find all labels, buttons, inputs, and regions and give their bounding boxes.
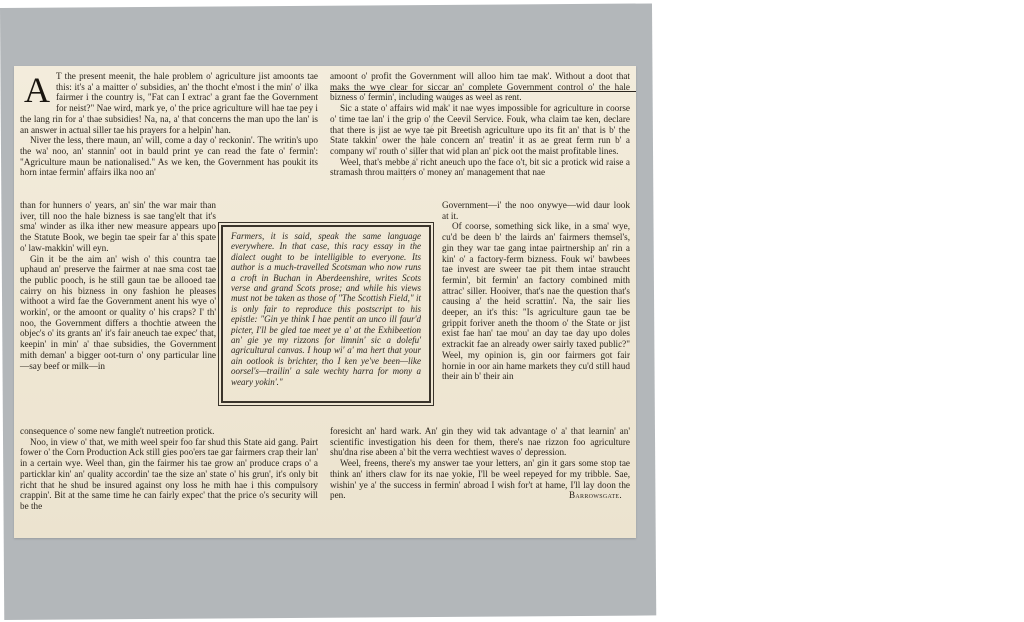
paragraph: than for hunners o' years, an' sin' the … — [20, 200, 216, 254]
editorial-boxout: Farmers, it is said, speak the same lang… — [218, 222, 434, 406]
paragraph: foresicht an' hard wark. An' gin they wi… — [330, 426, 630, 458]
newspaper-clipping: A T the present meenit, the hale problem… — [14, 66, 636, 538]
drop-cap: A — [24, 74, 50, 106]
paragraph: Government—i' the noo onywye—wid daur lo… — [442, 200, 630, 221]
left-column-top: A T the present meenit, the hale problem… — [20, 71, 318, 178]
paragraph: Of coorse, something sick like, in a sma… — [442, 221, 630, 382]
paragraph: Weel, freens, there's my answer tae your… — [330, 458, 630, 501]
right-column-middle: Government—i' the noo onywye—wid daur lo… — [442, 200, 630, 382]
boxout-text: Farmers, it is said, speak the same lang… — [221, 225, 431, 403]
paragraph: Noo, in view o' that, we mith weel speir… — [20, 437, 318, 512]
paragraph: T the present meenit, the hale problem o… — [20, 71, 318, 135]
right-column-top: amoont o' profit the Government will all… — [330, 71, 630, 178]
paragraph: consequence o' some new fangle't nutreet… — [20, 426, 318, 437]
right-column-bottom: foresicht an' hard wark. An' gin they wi… — [330, 426, 630, 501]
left-column-middle: than for hunners o' years, an' sin' the … — [20, 200, 216, 371]
author-signature: Barrowsgate. — [559, 490, 622, 501]
paragraph: Weel, that's mebbe a' richt aneuch upo t… — [330, 157, 630, 178]
paragraph: Sic a state o' affairs wid mak' it nae w… — [330, 103, 630, 157]
paragraph: Gin it be the aim an' wish o' this count… — [20, 254, 216, 372]
paragraph: amoont o' profit the Government will all… — [330, 71, 630, 103]
left-column-bottom: consequence o' some new fangle't nutreet… — [20, 426, 318, 512]
paragraph: Niver the less, there maun, an' will, co… — [20, 135, 318, 178]
